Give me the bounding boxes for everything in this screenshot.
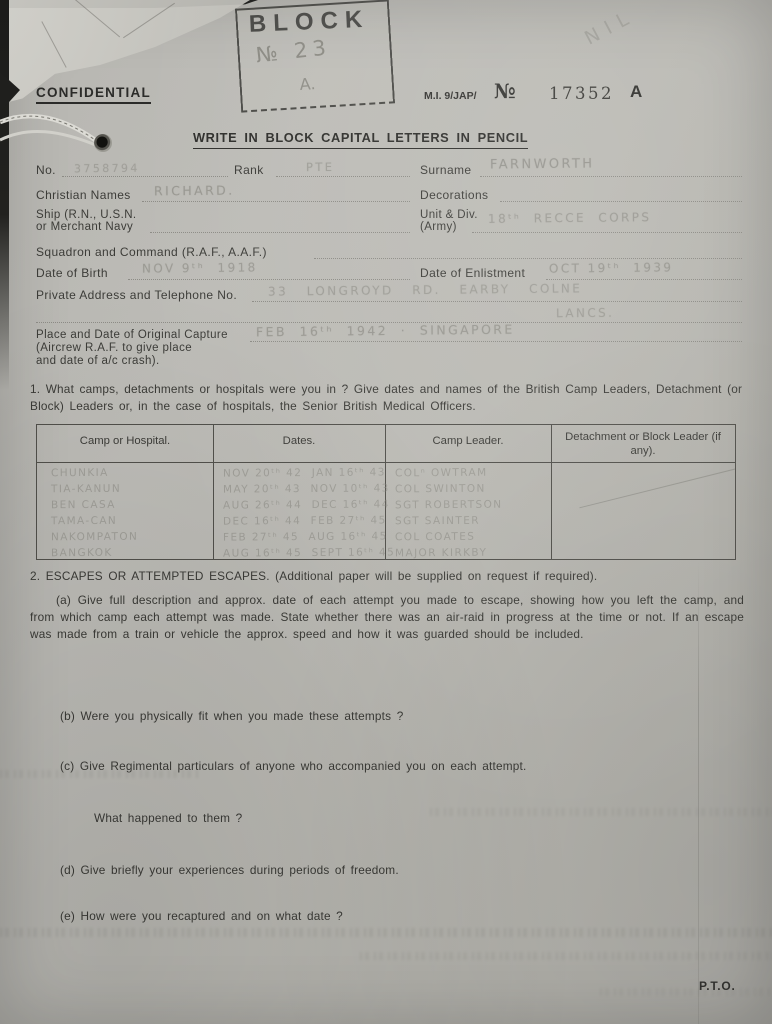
- table-cell-camp: TIA-KANUN: [51, 483, 121, 495]
- table-cell-dates: AUG 16ᵗʰ 45 SEPT 16ᵗʰ 45: [223, 546, 395, 559]
- field-value-date-of-birth: NOV 9ᵗʰ 1918: [142, 260, 258, 275]
- table-header-divider: [37, 462, 735, 463]
- table-cell-camp: BANGKOK: [51, 547, 113, 559]
- table-cell-camp: TAMA-CAN: [51, 515, 117, 527]
- field-value-capture: FEB 16ᵗʰ 1942 · SINGAPORE: [256, 322, 515, 340]
- field-value-address-line2: LANCS.: [556, 306, 615, 321]
- dotted-line: [142, 201, 410, 202]
- question-2c-followup-text: What happened to them ?: [94, 810, 242, 827]
- dotted-line: [128, 279, 410, 280]
- field-label-surname: Surname: [420, 163, 472, 177]
- dotted-line: [150, 232, 410, 233]
- table-header-leader: Camp Leader.: [385, 434, 551, 448]
- field-label-christian-names: Christian Names: [36, 188, 131, 202]
- table-header-dates: Dates.: [213, 434, 385, 448]
- dotted-line: [250, 341, 742, 342]
- ink-bleed-through: [600, 988, 772, 996]
- field-label-address: Private Address and Telephone No.: [36, 288, 237, 302]
- field-label-ship-line1: Ship (R.N., U.S.N.: [36, 209, 137, 221]
- field-label-squadron: Squadron and Command (R.A.F., A.A.F.): [36, 245, 267, 259]
- table-cell-leader: COL SWINTON: [395, 483, 486, 496]
- block-number-stamp: BLOCK № 23 A.: [235, 0, 395, 113]
- table-cell-camp: NAKOMPATON: [51, 531, 138, 544]
- question-2b-text: (b) Were you physically fit when you mad…: [60, 708, 404, 725]
- dotted-line: [276, 176, 410, 177]
- field-label-capture-line2: (Aircrew R.A.F. to give place: [36, 342, 192, 354]
- field-label-unit-line1: Unit & Div.: [420, 209, 478, 221]
- table-cell-dates: AUG 26ᵗʰ 44 DEC 16ᵗʰ 44: [223, 498, 390, 511]
- table-header-detachment: Detachment or Block Leader (if any).: [559, 430, 727, 458]
- dotted-line: [62, 176, 228, 177]
- stamp-block-letter: A.: [299, 74, 316, 94]
- field-value-date-of-enlistment: OCT 19ᵗʰ 1939: [549, 260, 674, 275]
- table-cell-leader: MAJOR KIRKBY: [395, 547, 487, 560]
- dotted-line: [480, 176, 742, 177]
- camps-table: Camp or Hospital. Dates. Camp Leader. De…: [36, 424, 736, 560]
- table-cell-leader: SGT ROBERTSON: [395, 499, 503, 512]
- stamp-block-number: № 23: [255, 35, 332, 67]
- scanned-pow-questionnaire-page: CONFIDENTIAL BLOCK № 23 A. NIL M.I. 9/JA…: [0, 0, 772, 1024]
- field-label-capture-line1: Place and Date of Original Capture: [36, 329, 228, 341]
- table-cell-leader: COL COATES: [395, 531, 475, 544]
- dotted-line: [252, 301, 742, 302]
- table-header-camp: Camp or Hospital.: [37, 434, 213, 448]
- field-value-service-number: 3758794: [74, 162, 140, 176]
- table-column-divider: [551, 425, 552, 559]
- file-number: 17352: [549, 84, 614, 103]
- field-label-date-of-birth: Date of Birth: [36, 266, 108, 280]
- question-2-heading: 2. ESCAPES OR ATTEMPTED ESCAPES. (Additi…: [30, 568, 744, 585]
- table-cell-camp: CHUNKIA: [51, 467, 109, 479]
- numero-sign: №: [494, 79, 516, 103]
- table-cell-dates: DEC 16ᵗʰ 44 FEB 27ᵗʰ 45: [223, 514, 387, 527]
- paper-crease: [698, 560, 699, 1024]
- table-cell-camp: BEN CASA: [51, 499, 116, 511]
- file-letter: A: [630, 82, 642, 102]
- ink-bleed-through: [0, 928, 772, 937]
- form-instruction-title: WRITE IN BLOCK CAPITAL LETTERS IN PENCIL: [193, 130, 528, 149]
- field-label-decorations: Decorations: [420, 188, 488, 202]
- question-1-text: 1. What camps, detachments or hospitals …: [30, 381, 744, 415]
- field-value-unit: 18ᵗʰ RECCE CORPS: [488, 210, 652, 226]
- question-2d-text: (d) Give briefly your experiences during…: [60, 862, 399, 879]
- field-label-no: No.: [36, 163, 56, 177]
- field-label-ship-line2: or Merchant Navy: [36, 221, 133, 233]
- field-label-unit-line2: (Army): [420, 221, 457, 233]
- field-value-rank: PTE: [306, 160, 335, 174]
- table-cell-dates: MAY 20ᵗʰ 43 NOV 10ᵗʰ 43: [223, 482, 390, 495]
- field-label-date-of-enlistment: Date of Enlistment: [420, 266, 525, 280]
- dotted-line: [500, 201, 742, 202]
- dotted-line: [546, 279, 742, 280]
- field-value-christian-names: RICHARD.: [154, 183, 235, 199]
- ink-bleed-through: [430, 808, 772, 816]
- classification-label: CONFIDENTIAL: [36, 85, 151, 104]
- question-2e-text: (e) How were you recaptured and on what …: [60, 908, 343, 925]
- page-left-edge-shadow: [0, 0, 9, 390]
- pencil-nil-note: NIL: [581, 5, 639, 50]
- dotted-line: [472, 232, 742, 233]
- table-cell-dates: NOV 20ᵗʰ 42 JAN 16ᵗʰ 43: [223, 466, 386, 479]
- pencil-stroke: [579, 467, 736, 509]
- punched-hole-eyelet: [94, 134, 112, 152]
- field-value-surname: FARNWORTH: [490, 156, 595, 172]
- field-value-address-line1: 33 LONGROYD RD. EARBY COLNE: [268, 281, 582, 298]
- field-label-rank: Rank: [234, 163, 264, 177]
- ink-bleed-through: [360, 952, 772, 960]
- dotted-line: [314, 258, 742, 259]
- stamp-block-label: BLOCK: [248, 6, 369, 39]
- question-2a-text: (a) Give full description and approx. da…: [30, 592, 744, 643]
- table-cell-leader: COLⁿ OWTRAM: [395, 467, 488, 480]
- ink-bleed-through: [0, 770, 200, 778]
- mi9-reference-prefix: M.I. 9/JAP/: [424, 90, 477, 102]
- table-cell-dates: FEB 27ᵗʰ 45 AUG 16ᵗʰ 45: [223, 530, 388, 543]
- field-label-capture-line3: and date of a/c crash).: [36, 355, 160, 367]
- table-cell-leader: SGT SAINTER: [395, 515, 480, 528]
